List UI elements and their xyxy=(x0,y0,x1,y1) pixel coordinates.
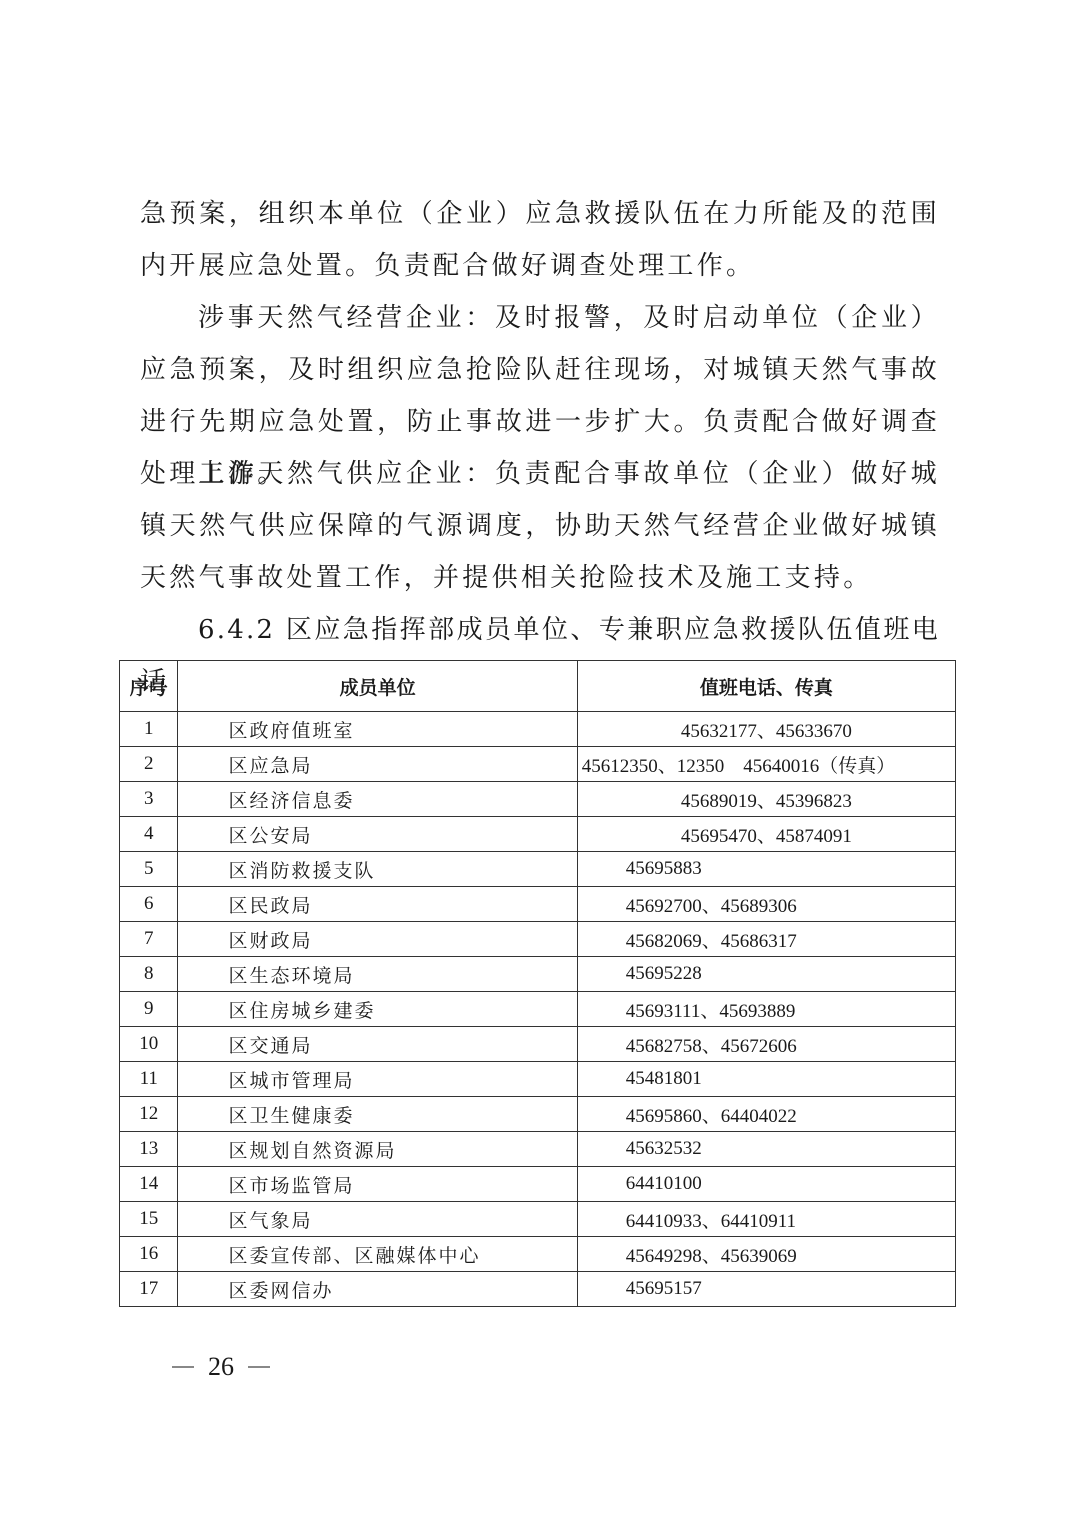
row-number: 2 xyxy=(120,747,178,782)
row-number: 11 xyxy=(120,1062,178,1097)
member-unit: 区政府值班室 xyxy=(178,712,577,747)
page-number: 26 xyxy=(208,1352,234,1382)
row-number: 14 xyxy=(120,1167,178,1202)
table-row: 7区财政局45682069、45686317 xyxy=(120,922,956,957)
paragraph-continuation: 急预案，组织本单位（企业）应急救援队伍在力所能及的范围内开展应急处置。负责配合做… xyxy=(140,188,940,292)
member-unit: 区市场监管局 xyxy=(178,1167,577,1202)
duty-phone: 45632532 xyxy=(577,1132,955,1167)
member-unit: 区城市管理局 xyxy=(178,1062,577,1097)
row-number: 10 xyxy=(120,1027,178,1062)
duty-phone: 45689019、45396823 xyxy=(577,782,955,817)
member-unit: 区应急局 xyxy=(178,747,577,782)
header-number: 序号 xyxy=(120,661,178,712)
row-number: 4 xyxy=(120,817,178,852)
row-number: 8 xyxy=(120,957,178,992)
member-unit: 区经济信息委 xyxy=(178,782,577,817)
member-unit: 区生态环境局 xyxy=(178,957,577,992)
duty-phone: 45693111、45693889 xyxy=(577,992,955,1027)
row-number: 13 xyxy=(120,1132,178,1167)
duty-phone-table: 序号 成员单位 值班电话、传真 1区政府值班室45632177、45633670… xyxy=(119,660,956,1307)
member-unit: 区民政局 xyxy=(178,887,577,922)
row-number: 7 xyxy=(120,922,178,957)
table-row: 15区气象局64410933、64410911 xyxy=(120,1202,956,1237)
duty-phone: 45632177、45633670 xyxy=(577,712,955,747)
table-row: 16区委宣传部、区融媒体中心45649298、45639069 xyxy=(120,1237,956,1272)
table-row: 3区经济信息委45689019、45396823 xyxy=(120,782,956,817)
duty-phone: 45682069、45686317 xyxy=(577,922,955,957)
table-row: 6区民政局45692700、45689306 xyxy=(120,887,956,922)
table-row: 14区市场监管局64410100 xyxy=(120,1167,956,1202)
row-number: 9 xyxy=(120,992,178,1027)
row-number: 17 xyxy=(120,1272,178,1307)
member-unit: 区交通局 xyxy=(178,1027,577,1062)
table-row: 10区交通局45682758、45672606 xyxy=(120,1027,956,1062)
member-unit: 区委宣传部、区融媒体中心 xyxy=(178,1237,577,1272)
duty-phone: 45612350、12350 45640016（传真） xyxy=(577,747,955,782)
dash-right xyxy=(248,1366,270,1368)
row-number: 16 xyxy=(120,1237,178,1272)
row-number: 3 xyxy=(120,782,178,817)
page-footer: 26 xyxy=(172,1352,270,1382)
table-row: 17区委网信办45695157 xyxy=(120,1272,956,1307)
row-number: 12 xyxy=(120,1097,178,1132)
table-row: 4区公安局45695470、45874091 xyxy=(120,817,956,852)
row-number: 15 xyxy=(120,1202,178,1237)
duty-phone: 45682758、45672606 xyxy=(577,1027,955,1062)
duty-phone: 45481801 xyxy=(577,1062,955,1097)
member-unit: 区气象局 xyxy=(178,1202,577,1237)
member-unit: 区公安局 xyxy=(178,817,577,852)
row-number: 1 xyxy=(120,712,178,747)
header-unit: 成员单位 xyxy=(178,661,577,712)
duty-phone: 64410933、64410911 xyxy=(577,1202,955,1237)
duty-phone: 45692700、45689306 xyxy=(577,887,955,922)
duty-phone: 45695470、45874091 xyxy=(577,817,955,852)
member-unit: 区住房城乡建委 xyxy=(178,992,577,1027)
member-unit: 区卫生健康委 xyxy=(178,1097,577,1132)
table-row: 8区生态环境局45695228 xyxy=(120,957,956,992)
member-unit: 区委网信办 xyxy=(178,1272,577,1307)
table-body: 1区政府值班室45632177、456336702区应急局45612350、12… xyxy=(120,712,956,1307)
row-number: 5 xyxy=(120,852,178,887)
row-number: 6 xyxy=(120,887,178,922)
member-unit: 区财政局 xyxy=(178,922,577,957)
duty-phone: 45695883 xyxy=(577,852,955,887)
table-row: 13区规划自然资源局45632532 xyxy=(120,1132,956,1167)
table-row: 5区消防救援支队45695883 xyxy=(120,852,956,887)
member-unit: 区规划自然资源局 xyxy=(178,1132,577,1167)
member-unit: 区消防救援支队 xyxy=(178,852,577,887)
table-row: 11区城市管理局45481801 xyxy=(120,1062,956,1097)
table-header-row: 序号 成员单位 值班电话、传真 xyxy=(120,661,956,712)
duty-phone: 45649298、45639069 xyxy=(577,1237,955,1272)
table-row: 2区应急局45612350、12350 45640016（传真） xyxy=(120,747,956,782)
duty-phone: 45695228 xyxy=(577,957,955,992)
paragraph-upstream-supplier: 上游天然气供应企业：负责配合事故单位（企业）做好城镇天然气供应保障的气源调度，协… xyxy=(140,448,940,604)
table-row: 9区住房城乡建委45693111、45693889 xyxy=(120,992,956,1027)
duty-phone: 45695157 xyxy=(577,1272,955,1307)
dash-left xyxy=(172,1366,194,1368)
header-phone: 值班电话、传真 xyxy=(577,661,955,712)
duty-phone: 45695860、64404022 xyxy=(577,1097,955,1132)
table-row: 12区卫生健康委45695860、64404022 xyxy=(120,1097,956,1132)
duty-phone: 64410100 xyxy=(577,1167,955,1202)
table-row: 1区政府值班室45632177、45633670 xyxy=(120,712,956,747)
